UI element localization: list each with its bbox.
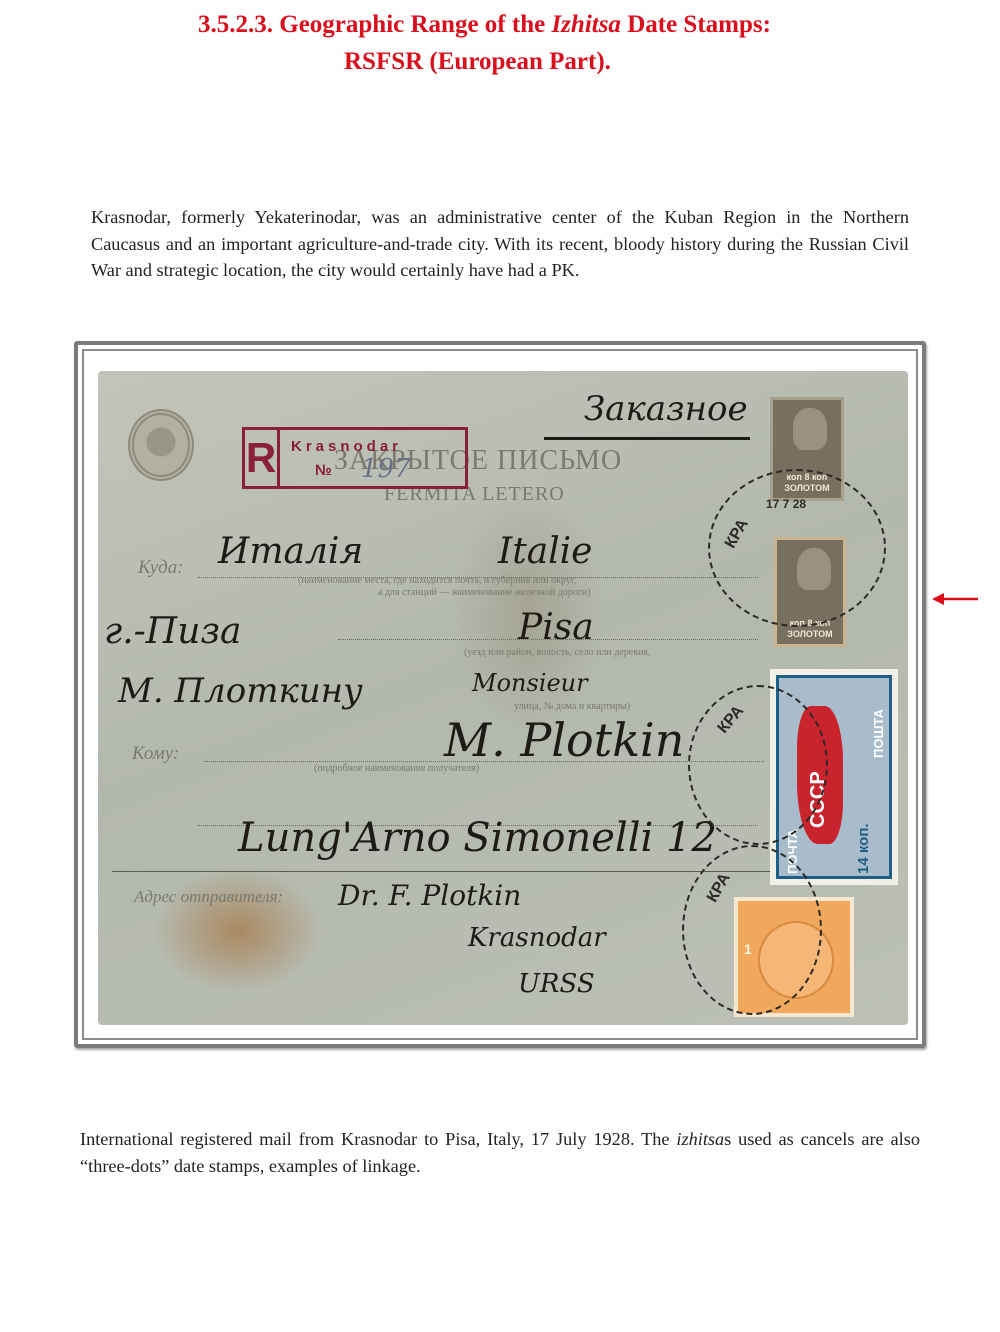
cancel-city: КРА bbox=[722, 516, 753, 551]
registered-underline bbox=[544, 437, 750, 440]
city-line bbox=[338, 639, 758, 640]
kuda-hint-1: (наименование места, где находится почта… bbox=[298, 575, 576, 586]
handwritten-sender-city: Krasnodar bbox=[468, 923, 606, 953]
label-sender: Адрес отправителя: bbox=[134, 887, 283, 907]
title-text: 3.5.2.3. Geographic Range of the bbox=[198, 11, 551, 38]
exhibit-frame: ЗАКРЫТОЕ ПИСЬМО FERMITA LETERO R Krasnod… bbox=[74, 341, 926, 1048]
title-line-1: 3.5.2.3. Geographic Range of the Izhitsa… bbox=[198, 10, 771, 40]
postal-cover-image: ЗАКРЫТОЕ ПИСЬМО FERMITA LETERO R Krasnod… bbox=[98, 371, 908, 1025]
ussr-emblem-icon bbox=[128, 409, 194, 481]
caption-italic-term: izhitsa bbox=[676, 1129, 724, 1149]
izhitsa-cancel-2: КРА bbox=[688, 685, 828, 845]
worker-portrait-icon bbox=[793, 408, 827, 450]
label-kuda: Куда: bbox=[138, 557, 184, 579]
street-hint: улица, № дома и квартиры) bbox=[514, 701, 630, 712]
cancel-city: КРА bbox=[715, 702, 748, 737]
cancel-city: КРА bbox=[704, 870, 735, 905]
handwritten-salutation: Monsieur bbox=[472, 669, 588, 697]
handwritten-recipient-ru: М. Плоткину bbox=[118, 671, 363, 711]
title-text-suffix: Date Stamps: bbox=[621, 11, 771, 38]
registration-number: 197 bbox=[361, 454, 411, 484]
registration-city: Krasnodar bbox=[291, 438, 402, 455]
izhitsa-cancel-1: КРА 17 7 28 bbox=[708, 469, 886, 627]
handwritten-city-fr: Pisa bbox=[518, 607, 594, 648]
handwritten-country-ru: Италія bbox=[218, 531, 363, 572]
title-italic-term: Izhitsa bbox=[551, 11, 620, 38]
caption-paragraph: International registered mail from Krasn… bbox=[80, 1126, 920, 1180]
registration-label: R Krasnodar № 197 bbox=[242, 427, 468, 489]
intro-paragraph: Krasnodar, formerly Yekaterinodar, was a… bbox=[91, 204, 909, 284]
izhitsa-cancel-3: КРА bbox=[682, 845, 822, 1015]
stamp-text-value: 14 коп. bbox=[855, 823, 872, 874]
stamp-text-right: ПОШТА bbox=[871, 709, 886, 758]
cancel-date: 17 7 28 bbox=[766, 497, 806, 511]
arrow-left-icon bbox=[932, 592, 978, 606]
handwritten-city-ru: г.-Пиза bbox=[104, 611, 241, 652]
label-komu: Кому: bbox=[132, 743, 179, 765]
registration-letter: R bbox=[245, 430, 280, 486]
registration-number-prefix: № bbox=[315, 462, 332, 479]
stamp-currency: ЗОЛОТОМ bbox=[787, 629, 832, 639]
caption-text: International registered mail from Krasn… bbox=[80, 1129, 676, 1149]
handwritten-sender-name: Dr. F. Plotkin bbox=[338, 879, 521, 912]
handwritten-street: Lung'Arno Simonelli 12 bbox=[238, 815, 717, 861]
kuda-hint-2: а для станций — наименование железной до… bbox=[378, 587, 591, 598]
handwritten-sender-country: URSS bbox=[518, 969, 595, 999]
handwritten-country-fr: Italie bbox=[498, 531, 592, 572]
handwritten-recipient: M. Plotkin bbox=[444, 713, 684, 767]
title-line-2: RSFSR (European Part). bbox=[344, 47, 611, 77]
exhibit-frame-inner: ЗАКРЫТОЕ ПИСЬМО FERMITA LETERO R Krasnod… bbox=[82, 349, 918, 1040]
divider-rule bbox=[112, 871, 772, 872]
handwritten-registered: Заказное bbox=[584, 389, 748, 429]
uezd-hint: (уезд или район, волость, село или дерев… bbox=[464, 647, 650, 658]
